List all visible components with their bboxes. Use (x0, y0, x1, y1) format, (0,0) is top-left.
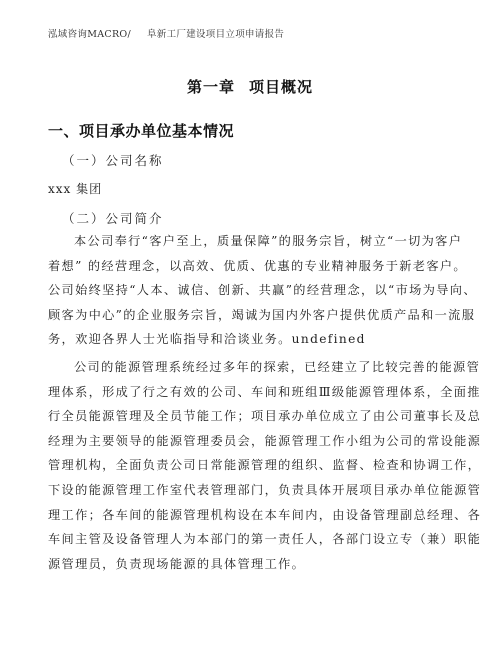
page-header: 泓域咨询MACRO/阜新工厂建设项目立项申请报告 (48, 26, 284, 40)
paragraph-service-philosophy: 本公司奉行“客户至上，质量保障”的服务宗旨，树立“一切为客户 着想” 的经营理念… (48, 229, 460, 352)
subsection-heading-company-name: （一）公司名称 (62, 151, 164, 169)
paragraph-line: 着想” 的经营理念，以高效、优质、优惠的专业精神服务于新老客户。 (48, 254, 460, 279)
paragraph-line: 务，欢迎各界人士光临指导和洽谈业务。undefined (48, 327, 460, 352)
company-name-value: xxx 集团 (48, 180, 102, 197)
paragraph-line: 公司的能源管理系统经过多年的探索，已经建立了比较完善的能源管 (48, 355, 460, 380)
paragraph-line: 管理机构，全面负责公司日常能源管理的组织、监督、检查和协调工作， (48, 453, 460, 478)
section-heading: 一、项目承办单位基本情况 (48, 120, 234, 141)
paragraph-line: 行全员能源管理及全员节能工作；项目承办单位成立了由公司董事长及总 (48, 404, 460, 429)
paragraph-line: 经理为主要领导的能源管理委员会，能源管理工作小组为公司的常设能源 (48, 429, 460, 454)
chapter-name: 项目概况 (249, 78, 313, 96)
paragraph-line: 理体系，形成了行之有效的公司、车间和班组Ⅲ级能源管理体系，全面推 (48, 380, 460, 405)
header-report-title: 阜新工厂建设项目立项申请报告 (147, 29, 284, 40)
paragraph-line: 下设的能源管理工作室代表管理部门，负责具体开展项目承办单位能源管 (48, 478, 460, 503)
chapter-number: 第一章 (187, 78, 235, 96)
paragraph-line: 本公司奉行“客户至上，质量保障”的服务宗旨，树立“一切为客户 (48, 229, 460, 254)
paragraph-line: 公司始终坚持“人本、诚信、创新、共赢”的经营理念，以“市场为导向、 (48, 278, 460, 303)
subsection-heading-company-profile: （二）公司简介 (62, 209, 164, 227)
paragraph-line: 理工作；各车间的能源管理机构设在本车间内，由设备管理副总经理、各 (48, 503, 460, 528)
header-company: 泓域咨询MACRO/ (48, 29, 131, 40)
paragraph-line: 车间主管及设备管理人为本部门的第一责任人，各部门设立专（兼）职能 (48, 527, 460, 552)
paragraph-energy-management: 公司的能源管理系统经过多年的探索，已经建立了比较完善的能源管 理体系，形成了行之… (48, 355, 460, 576)
paragraph-line: 源管理员，负责现场能源的具体管理工作。 (48, 552, 460, 577)
chapter-title: 第一章项目概况 (0, 76, 500, 97)
paragraph-line: 顾客为中心”的企业服务宗旨，竭诚为国内外客户提供优质产品和一流服 (48, 303, 460, 328)
